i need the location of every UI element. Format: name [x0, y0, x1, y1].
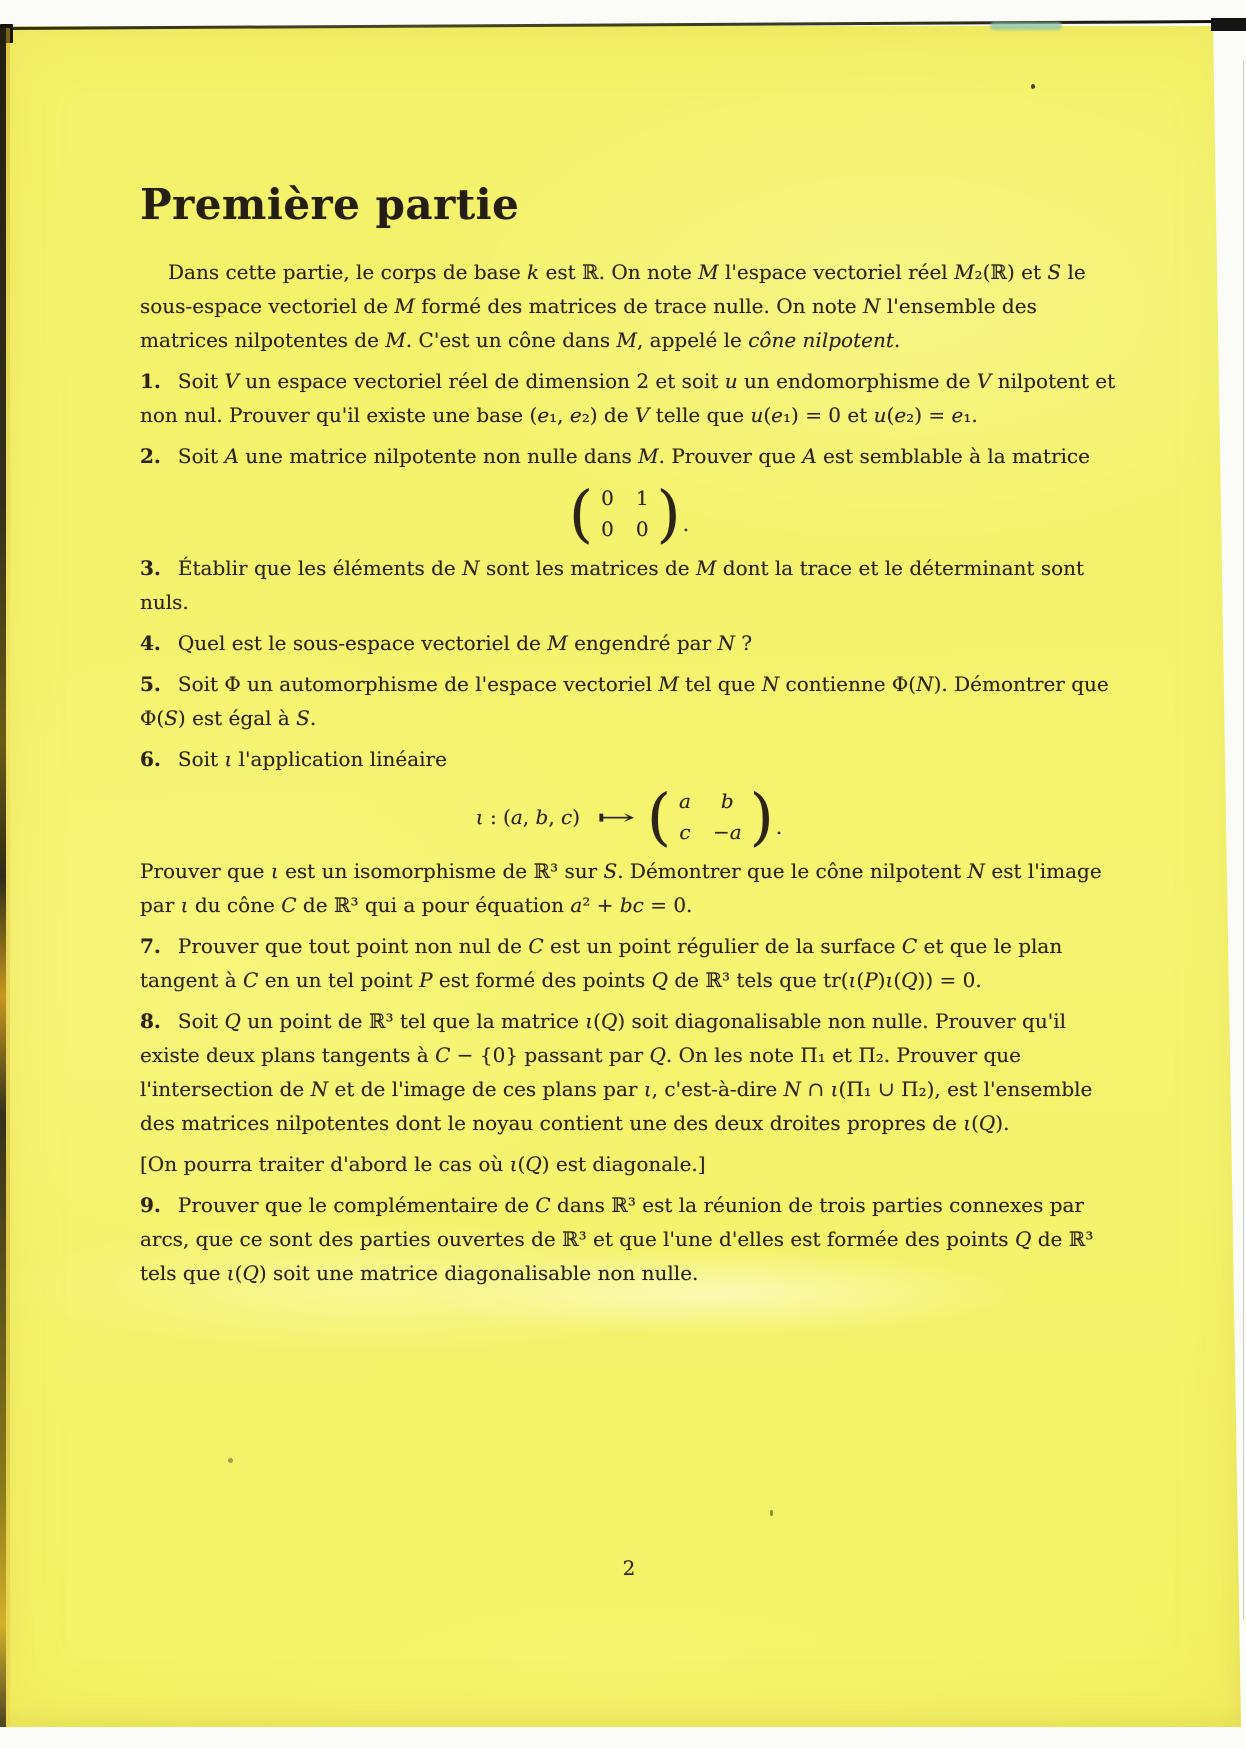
page-title: Première partie — [140, 181, 1118, 229]
problem-8-hint: [On pourra traiter d'abord le cas où ι(Q… — [140, 1147, 1118, 1181]
intro-paragraph: Dans cette partie, le corps de base k es… — [140, 255, 1118, 357]
page-number: 2 — [140, 1551, 1118, 1585]
problem-item-6: 6.Soit ι l'application linéaire — [140, 742, 1118, 776]
problem-text: Prouver que tout point non nul de C est … — [140, 934, 1062, 992]
problem-item-5: 5.Soit Φ un automorphisme de l'espace ve… — [140, 667, 1118, 735]
matrix-cell: −a — [713, 817, 742, 848]
problem-number: 5. — [140, 672, 161, 696]
problem-text: Soit ι l'application linéaire — [178, 747, 447, 771]
paragraph-after-equation: Prouver que ι est un isomorphisme de ℝ³ … — [140, 854, 1118, 922]
problem-text: Soit V un espace vectoriel réel de dimen… — [140, 369, 1115, 427]
display-equation-1: 0 1 0 0 . — [140, 483, 1118, 545]
problem-number: 2. — [140, 444, 161, 468]
problem-item-7: 7.Prouver que tout point non nul de C es… — [140, 929, 1118, 997]
problem-number: 8. — [140, 1009, 161, 1033]
scan-speck — [1031, 84, 1035, 89]
problem-number: 1. — [140, 369, 161, 393]
scan-edge-right-shadow — [1243, 60, 1244, 1620]
problem-item-2: 2.Soit A une matrice nilpotente non null… — [140, 439, 1118, 473]
problem-text: Soit Φ un automorphisme de l'espace vect… — [140, 672, 1109, 730]
problem-number: 6. — [140, 747, 161, 771]
equation-suffix: . — [683, 507, 689, 545]
matrix-cell: b — [713, 786, 742, 817]
problem-number: 7. — [140, 934, 161, 958]
problem-item-4: 4.Quel est le sous-espace vectoriel de M… — [140, 626, 1118, 660]
problem-text: Prouver que le complémentaire de C dans … — [140, 1193, 1093, 1285]
problem-item-9: 9.Prouver que le complémentaire de C dan… — [140, 1188, 1118, 1290]
problem-text: Établir que les éléments de N sont les m… — [140, 556, 1084, 614]
matrix-cells: a b c −a — [673, 786, 748, 848]
equation-line: 0 1 0 0 . — [569, 483, 689, 545]
equation-line: ι : (a, b, c) ↦ a b c −a . — [476, 786, 782, 848]
equation-lhs: ι : (a, b, c) — [476, 800, 580, 834]
problem-number: 3. — [140, 556, 161, 580]
matrix-cell: 0 — [601, 483, 614, 514]
problem-number: 9. — [140, 1193, 161, 1217]
scan-edge-left-orange — [6, 28, 10, 1727]
display-equation-2: ι : (a, b, c) ↦ a b c −a . — [140, 786, 1118, 848]
problem-text: Soit Q un point de ℝ³ tel que la matrice… — [140, 1009, 1092, 1135]
problem-item-8: 8.Soit Q un point de ℝ³ tel que la matri… — [140, 1004, 1118, 1140]
problem-item-3: 3.Établir que les éléments de N sont les… — [140, 551, 1118, 619]
matrix-cells: 0 1 0 0 — [595, 483, 654, 545]
scan-speck — [770, 1510, 773, 1516]
matrix-cell: 1 — [636, 483, 649, 514]
problem-text: Quel est le sous-espace vectoriel de M e… — [178, 631, 752, 655]
scanned-page: Première partie Dans cette partie, le co… — [0, 26, 1241, 1727]
scan-speck — [228, 1458, 233, 1463]
matrix-2x2: a b c −a — [647, 786, 774, 848]
matrix-cell: 0 — [636, 514, 649, 545]
equation-suffix: . — [776, 810, 782, 848]
scan-corner-bar — [1211, 18, 1246, 31]
matrix-cell: 0 — [601, 514, 614, 545]
matrix-cell: a — [679, 786, 691, 817]
problem-number: 4. — [140, 631, 161, 655]
problem-text: Soit A une matrice nilpotente non nulle … — [178, 444, 1090, 468]
matrix-cell: c — [679, 817, 691, 848]
maps-to-arrow: ↦ — [597, 800, 636, 834]
scan-teal-mark — [990, 22, 1062, 30]
problem-item-1: 1.Soit V un espace vectoriel réel de dim… — [140, 364, 1118, 432]
matrix-2x2: 0 1 0 0 — [569, 483, 681, 545]
page-content: Première partie Dans cette partie, le co… — [140, 181, 1118, 1585]
